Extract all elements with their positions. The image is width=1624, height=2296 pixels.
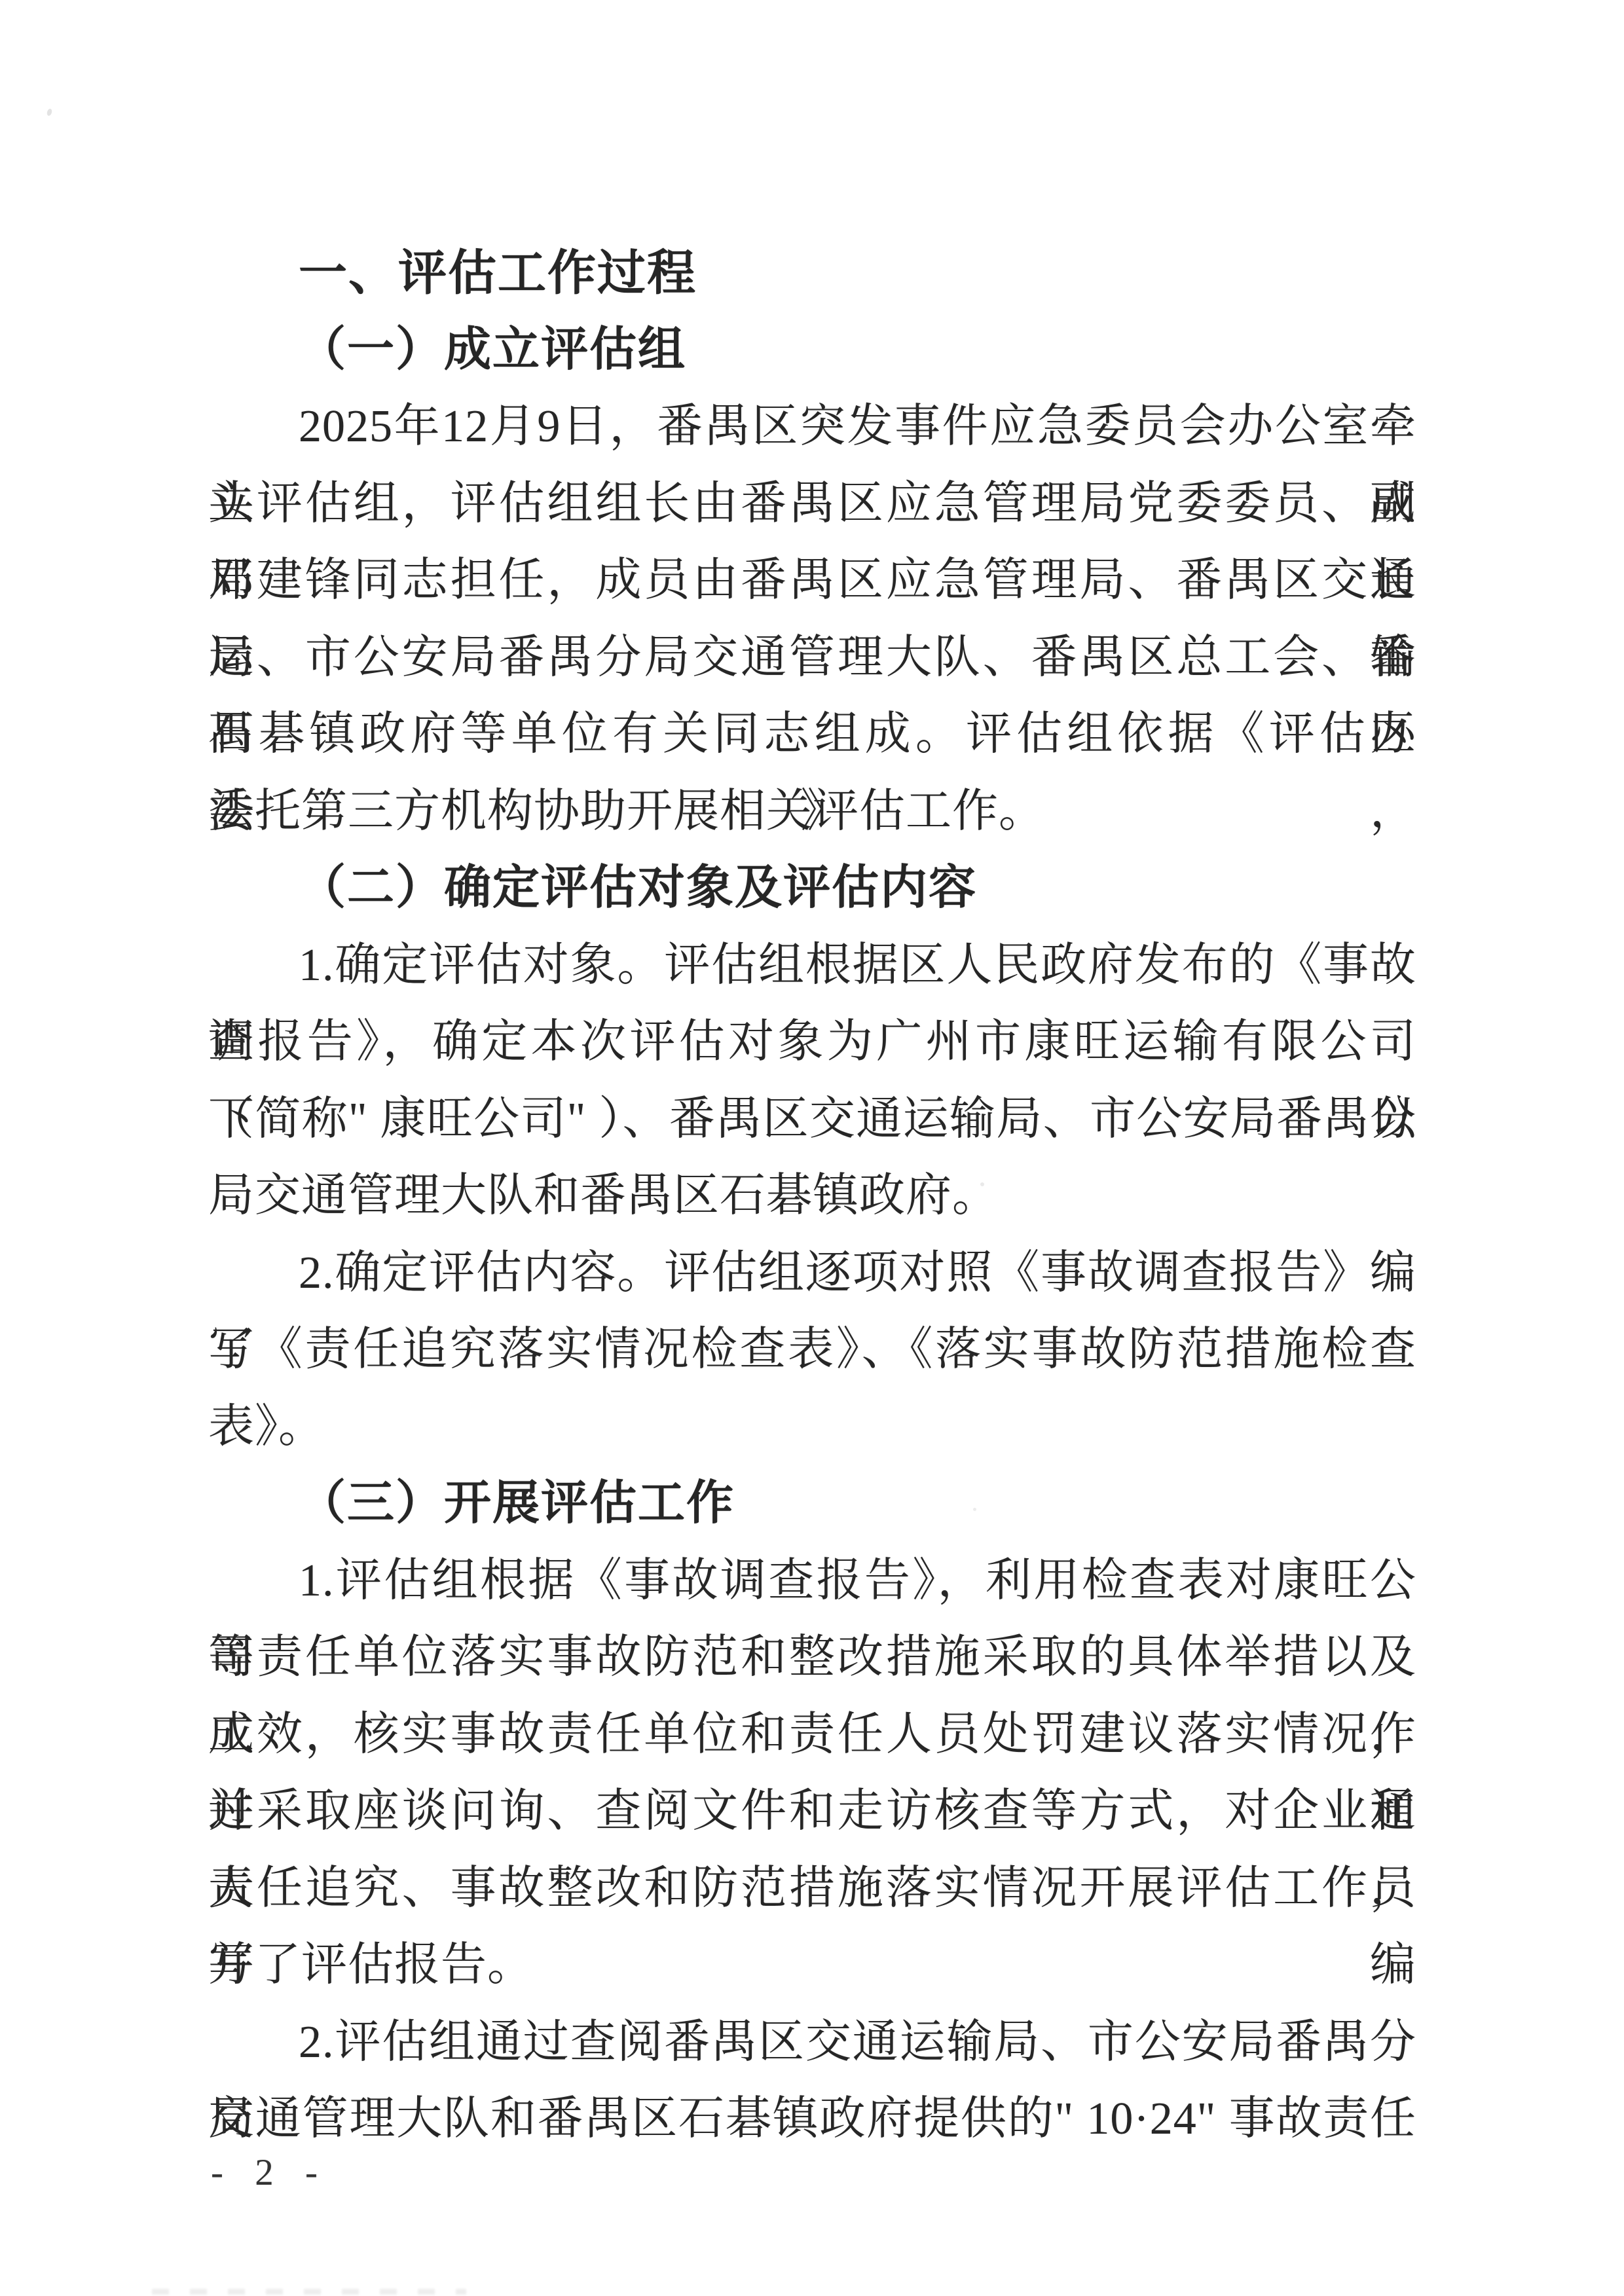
- body-line: 1.评估组根据《事故调查报告》，利用检查表对康旺公司: [208, 1542, 1416, 1620]
- body-line: 2.确定评估内容。评估组逐项对照《事故调查报告》编写: [208, 1235, 1416, 1312]
- body-line: 过采取座谈问询、查阅文件和走访核查等方式，对企业和人员: [208, 1773, 1416, 1850]
- body-line: 石碁镇政府等单位有关同志组成。评估组依据《评估办法》，: [208, 696, 1416, 773]
- body-line: 查报告》，确定本次评估对象为广州市康旺运输有限公司（以: [208, 1004, 1416, 1081]
- body-line: 表》。: [208, 1389, 1416, 1466]
- body-line: 2025年12月9日，番禺区突发事件应急委员会办公室牵头成: [208, 388, 1416, 465]
- scan-speck: [980, 1182, 984, 1186]
- body-line: 下简称" 康旺公司" ）、番禺区交通运输局、市公安局番禺分: [208, 1081, 1416, 1158]
- section-heading: （三）开展评估工作: [208, 1465, 1416, 1542]
- body-line: 立评估组，评估组组长由番禺区应急管理局党委委员、副局长: [208, 465, 1416, 543]
- body-line: 了《责任追究落实情况检查表》、《落实事故防范措施检查: [208, 1311, 1416, 1389]
- section-heading: （二）确定评估对象及评估内容: [208, 850, 1416, 927]
- scanned-document-page: 一、评估工作过程（一）成立评估组2025年12月9日，番禺区突发事件应急委员会办…: [0, 0, 1624, 2296]
- section-heading: （一）成立评估组: [208, 312, 1416, 389]
- page-number: - 2 -: [211, 2150, 322, 2196]
- body-line: 2.评估组通过查阅番禺区交通运输局、市公安局番禺分局: [208, 2004, 1416, 2081]
- scan-speck: [46, 108, 52, 117]
- scan-speck: [973, 1508, 976, 1511]
- body-line: 局、市公安局番禺分局交通管理大队、番禺区总工会、番禺区: [208, 619, 1416, 697]
- body-line: 局交通管理大队和番禺区石碁镇政府。: [208, 1157, 1416, 1235]
- body-line: 责任追究、事故整改和防范措施落实情况开展评估工作，并编: [208, 1850, 1416, 1927]
- body-line: 邓建锋同志担任，成员由番禺区应急管理局、番禺区交通运输: [208, 542, 1416, 619]
- document-body: 一、评估工作过程（一）成立评估组2025年12月9日，番禺区突发事件应急委员会办…: [208, 234, 1416, 2158]
- body-line: 成效，核实事故责任单位和责任人员处罚建议落实情况，并通: [208, 1696, 1416, 1774]
- section-heading: 一、评估工作过程: [208, 234, 1416, 312]
- body-line: 交通管理大队和番禺区石碁镇政府提供的" 10·24" 事故责任: [208, 2081, 1416, 2158]
- scan-bleed-artifact: [152, 2289, 466, 2295]
- body-line: 1.确定评估对象。评估组根据区人民政府发布的《事故调: [208, 927, 1416, 1004]
- body-line: 等责任单位落实事故防范和整改措施采取的具体举措以及工作: [208, 1619, 1416, 1696]
